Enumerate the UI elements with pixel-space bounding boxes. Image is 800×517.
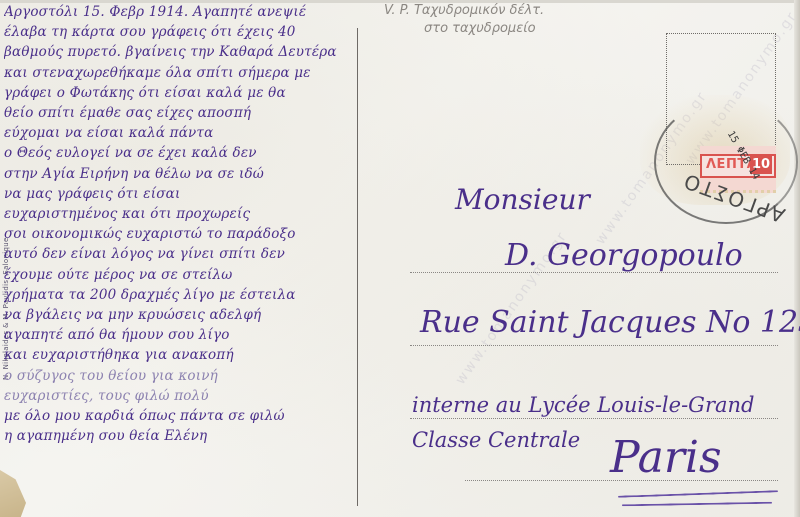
corner-damage	[0, 470, 26, 517]
pencil-note-line: V. P. Ταχυδρομικόν δέλτ.	[384, 2, 644, 20]
address-salutation: Monsieur	[455, 183, 590, 216]
postcard-back: www.tomanonymo.gr www.tomanonymo.gr www.…	[0, 0, 800, 517]
message-line: και στεναχωρεθήκαμε όλα σπίτι σήμερα με	[4, 63, 354, 83]
message-line: ευχαριστίες, τους φιλώ πολύ	[4, 386, 354, 406]
card-right-edge	[794, 0, 800, 517]
message-line: έλαβα τη κάρτα σου γράφεις ότι έχεις 40	[4, 22, 354, 42]
address-name: D. Georgopoulo	[505, 238, 743, 273]
address-city: Paris	[610, 432, 722, 483]
message-line: ο σύζυγος του θείου για κοινή	[4, 366, 354, 386]
message-line: εύχομαι να είσαι καλά πάντα	[4, 123, 354, 143]
handwritten-message: Αργοστόλι 15. Φεβρ 1914. Αγαπητέ ανεψιέ …	[4, 2, 354, 446]
address-dotline	[465, 480, 778, 481]
address-dotline	[410, 272, 778, 273]
city-underline	[622, 502, 772, 507]
address-line-institution: interne au Lycée Louis-le-Grand	[412, 393, 754, 417]
message-line: σοι οικονομικώς ευχαριστώ το παράδοξο	[4, 224, 354, 244]
address-street: Rue Saint Jacques No 123	[420, 305, 800, 340]
message-line: να μας γράφεις ότι είσαι	[4, 184, 354, 204]
center-divider	[357, 28, 358, 506]
message-line: γράφει ο Φωτάκης ότι είσαι καλά με θα	[4, 83, 354, 103]
message-line: θείο σπίτι έμαθε σας είχες αποσπή	[4, 103, 354, 123]
city-underline	[618, 490, 778, 498]
message-line: και ευχαριστήθηκα για ανακοπή	[4, 345, 354, 365]
message-line: έχουμε ούτε μέρος να σε στείλω	[4, 265, 354, 285]
message-line: ο Θεός ευλογεί να σε έχει καλά δεν	[4, 143, 354, 163]
message-line: αγαπητέ από θα ήμουν σου λίγο	[4, 325, 354, 345]
address-dotline	[410, 345, 778, 346]
message-line: Αργοστόλι 15. Φεβρ 1914. Αγαπητέ ανεψιέ	[4, 2, 354, 22]
message-line: στην Αγία Ειρήνη να θέλω να σε ιδώ	[4, 164, 354, 184]
message-line: η αγαπημένη σου θεία Ελένη	[4, 426, 354, 446]
pencil-note: V. P. Ταχυδρομικόν δέλτ. στο ταχυδρομείο	[384, 2, 644, 38]
pencil-note-line: στο ταχυδρομείο	[384, 20, 644, 38]
address-dotline	[410, 418, 778, 419]
message-line: αυτό δεν είναι λόγος να γίνει σπίτι δεν	[4, 244, 354, 264]
message-line: με όλο μου καρδιά όπως πάντα σε φιλώ	[4, 406, 354, 426]
message-line: βαθμούς πυρετό. βγαίνεις την Καθαρά Δευτ…	[4, 42, 354, 62]
message-line: ευχαριστημένος και ότι προχωρείς	[4, 204, 354, 224]
message-line: να βγάλεις να μην κρυώσεις αδελφή	[4, 305, 354, 325]
message-line: χρήματα τα 200 δραχμές λίγο με έστειλα	[4, 285, 354, 305]
address-line-class: Classe Centrale	[412, 428, 580, 452]
